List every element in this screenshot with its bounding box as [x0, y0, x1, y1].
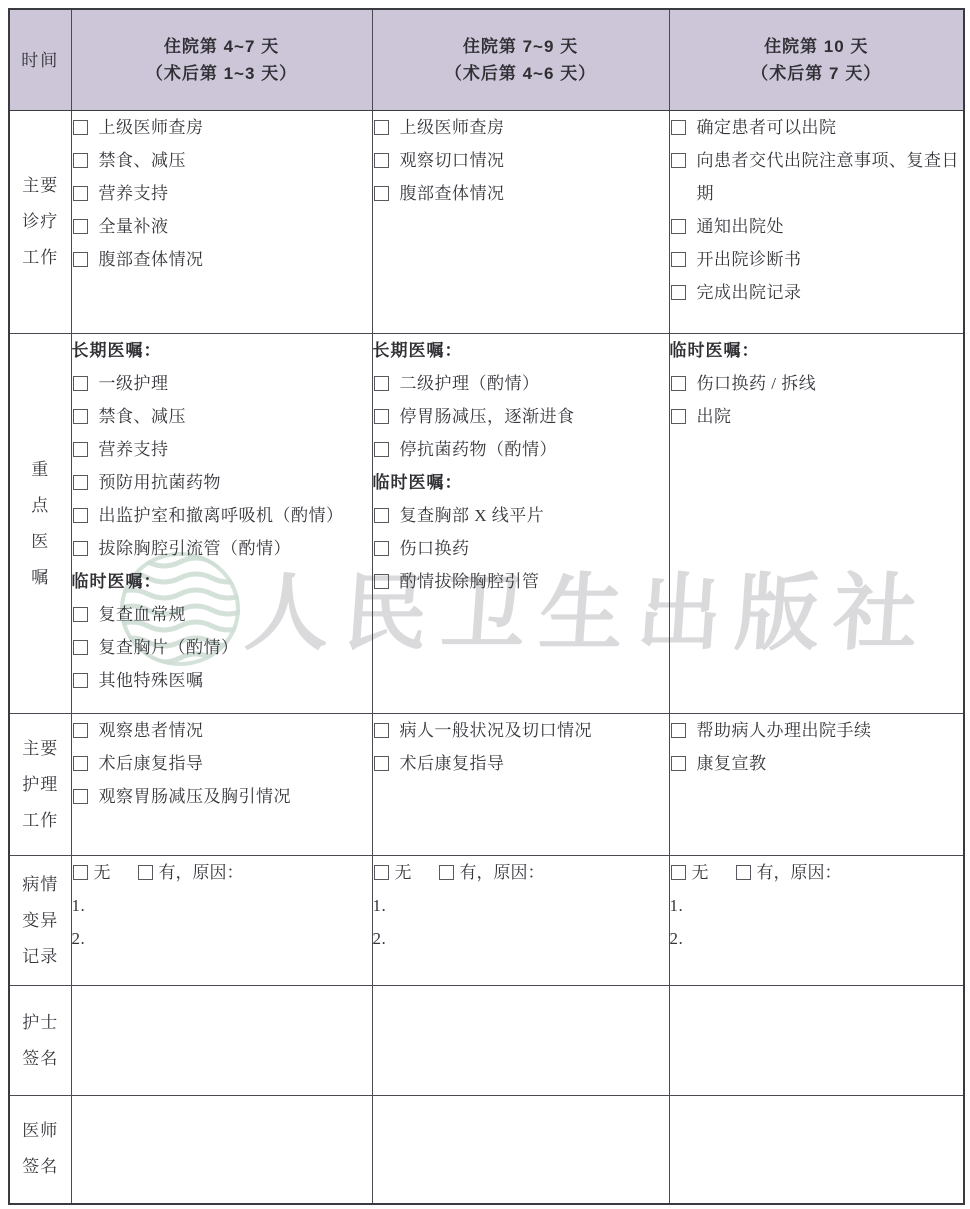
- checklist-item-text: 拔除胸腔引流管（酌情）: [99, 532, 372, 565]
- checklist-item: 营养支持: [72, 177, 372, 210]
- checkbox-icon: [73, 508, 88, 523]
- checkbox-icon: [73, 723, 88, 738]
- row-label-line: 工作: [10, 803, 71, 839]
- checkbox-icon: [671, 756, 686, 771]
- checklist-item: 康复宣教: [670, 747, 964, 780]
- checklist-item-text: 复查胸片（酌情）: [99, 631, 372, 664]
- row-label-line: 主要: [10, 168, 71, 204]
- variation-option: 无: [373, 856, 412, 889]
- numbered-blank-line: 2.: [373, 922, 669, 955]
- checkbox-icon: [374, 409, 389, 424]
- checklist-item-text: 上级医师查房: [400, 111, 669, 144]
- checkbox-icon: [374, 574, 389, 589]
- checklist-item: 观察患者情况: [72, 714, 372, 747]
- checkbox-icon: [736, 865, 751, 880]
- checklist-item-text: 完成出院记录: [697, 276, 964, 309]
- checklist-item: 腹部查体情况: [72, 243, 372, 276]
- checkbox-icon: [73, 541, 88, 556]
- cell-key-orders-day2: 长期医嘱：二级护理（酌情）停胃肠减压，逐渐进食停抗菌药物（酌情）临时医嘱：复查胸…: [372, 334, 669, 714]
- checklist-item-text: 禁食、减压: [99, 400, 372, 433]
- table-body: 主要诊疗工作上级医师查房禁食、减压营养支持全量补液腹部查体情况上级医师查房观察切…: [9, 111, 964, 1204]
- table-row-nurse-sign: 护士签名: [9, 986, 964, 1096]
- checkbox-icon: [73, 219, 88, 234]
- numbered-blank-line: 2.: [72, 922, 372, 955]
- checklist-item: 腹部查体情况: [373, 177, 669, 210]
- variation-option-text: 有，原因：: [159, 856, 244, 889]
- checkbox-icon: [374, 865, 389, 880]
- checklist-item-text: 酌情拔除胸腔引管: [400, 565, 669, 598]
- checkbox-icon: [671, 153, 686, 168]
- checklist-item: 伤口换药 / 拆线: [670, 367, 964, 400]
- header-line: （术后第 7 天）: [670, 60, 964, 87]
- table-header: 时间住院第 4~7 天（术后第 1~3 天）住院第 7~9 天（术后第 4~6 …: [9, 9, 964, 111]
- checkbox-icon: [73, 640, 88, 655]
- checkbox-icon: [374, 120, 389, 135]
- checkbox-icon: [374, 756, 389, 771]
- checkbox-icon: [138, 865, 153, 880]
- row-label-line: 诊疗: [10, 204, 71, 240]
- row-label-line: 签名: [10, 1041, 71, 1077]
- checklist-item: 复查胸部 X 线平片: [373, 499, 669, 532]
- checkbox-icon: [73, 789, 88, 804]
- checklist-item: 向患者交代出院注意事项、复查日期: [670, 144, 964, 210]
- checklist-item-text: 一级护理: [99, 367, 372, 400]
- row-label-nursing: 主要护理工作: [9, 714, 71, 856]
- table-row-key-orders: 重点医嘱长期医嘱：一级护理禁食、减压营养支持预防用抗菌药物出监护室和撤离呼吸机（…: [9, 334, 964, 714]
- checklist-item: 术后康复指导: [72, 747, 372, 780]
- checklist-item: 确定患者可以出院: [670, 111, 964, 144]
- checklist-item: 其他特殊医嘱: [72, 664, 372, 697]
- checklist-item-text: 康复宣教: [697, 747, 964, 780]
- cell-nurse-sign-day2: [372, 986, 669, 1096]
- cell-key-orders-day3: 临时医嘱：伤口换药 / 拆线出院: [669, 334, 964, 714]
- checklist-item-text: 观察切口情况: [400, 144, 669, 177]
- row-label-doctor-sign: 医师签名: [9, 1096, 71, 1204]
- checklist-item: 完成出院记录: [670, 276, 964, 309]
- variation-option: 有，原因：: [137, 856, 244, 889]
- checkbox-icon: [73, 756, 88, 771]
- variation-option-text: 无: [692, 856, 709, 889]
- table-row-main-care: 主要诊疗工作上级医师查房禁食、减压营养支持全量补液腹部查体情况上级医师查房观察切…: [9, 111, 964, 334]
- row-label-line: 嘱: [10, 560, 71, 596]
- checklist-item-text: 出院: [697, 400, 964, 433]
- row-label-line: 重: [10, 452, 71, 488]
- checklist-item: 上级医师查房: [72, 111, 372, 144]
- checklist-item-text: 腹部查体情况: [99, 243, 372, 276]
- row-label-line: 工作: [10, 240, 71, 276]
- checklist-item: 二级护理（酌情）: [373, 367, 669, 400]
- table-row-doctor-sign: 医师签名: [9, 1096, 964, 1204]
- numbered-blank-line: 1.: [72, 889, 372, 922]
- checkbox-icon: [73, 409, 88, 424]
- checklist-item-text: 帮助病人办理出院手续: [697, 714, 964, 747]
- checklist-item: 酌情拔除胸腔引管: [373, 565, 669, 598]
- checkbox-icon: [73, 865, 88, 880]
- checklist-item-text: 营养支持: [99, 177, 372, 210]
- checklist-item: 开出院诊断书: [670, 243, 964, 276]
- variation-option-text: 无: [395, 856, 412, 889]
- checkbox-icon: [671, 376, 686, 391]
- checkbox-icon: [374, 186, 389, 201]
- checkbox-icon: [671, 120, 686, 135]
- row-label-line: 签名: [10, 1149, 71, 1185]
- order-group-heading: 临时医嘱：: [72, 565, 372, 598]
- checklist-item-text: 全量补液: [99, 210, 372, 243]
- checklist-item: 观察胃肠减压及胸引情况: [72, 780, 372, 813]
- checkbox-icon: [671, 723, 686, 738]
- checkbox-icon: [671, 285, 686, 300]
- checklist-item-text: 术后康复指导: [99, 747, 372, 780]
- row-label-line: 护理: [10, 767, 71, 803]
- cell-main-care-day2: 上级医师查房观察切口情况腹部查体情况: [372, 111, 669, 334]
- checklist-item-text: 伤口换药: [400, 532, 669, 565]
- row-label-line: 医: [10, 524, 71, 560]
- checklist-item-text: 二级护理（酌情）: [400, 367, 669, 400]
- checklist-item: 拔除胸腔引流管（酌情）: [72, 532, 372, 565]
- row-label-line: 记录: [10, 939, 71, 975]
- header-line: 住院第 7~9 天: [373, 33, 669, 60]
- table-row-variation: 病情变异记录无有，原因：1.2.无有，原因：1.2.无有，原因：1.2.: [9, 856, 964, 986]
- variation-option: 有，原因：: [735, 856, 842, 889]
- cell-nursing-day3: 帮助病人办理出院手续康复宣教: [669, 714, 964, 856]
- order-group-heading: 临时医嘱：: [373, 466, 669, 499]
- variation-option-text: 有，原因：: [757, 856, 842, 889]
- checklist-item-text: 开出院诊断书: [697, 243, 964, 276]
- checkbox-icon: [73, 252, 88, 267]
- row-label-line: 护士: [10, 1005, 71, 1041]
- header-line: 住院第 10 天: [670, 33, 964, 60]
- checklist-item-text: 观察患者情况: [99, 714, 372, 747]
- checkbox-icon: [374, 541, 389, 556]
- checklist-item: 预防用抗菌药物: [72, 466, 372, 499]
- cell-nurse-sign-day1: [71, 986, 372, 1096]
- checklist-item-text: 确定患者可以出院: [697, 111, 964, 144]
- checkbox-icon: [73, 475, 88, 490]
- checkbox-icon: [671, 219, 686, 234]
- header-line: （术后第 1~3 天）: [72, 60, 372, 87]
- cell-nurse-sign-day3: [669, 986, 964, 1096]
- checkbox-icon: [374, 442, 389, 457]
- checkbox-icon: [73, 607, 88, 622]
- variation-option: 无: [72, 856, 111, 889]
- header-cell-day-1: 住院第 4~7 天（术后第 1~3 天）: [71, 9, 372, 111]
- variation-option-text: 无: [94, 856, 111, 889]
- checklist-item: 禁食、减压: [72, 144, 372, 177]
- clinical-pathway-document-page: 人民卫生出版社 时间住院第 4~7 天（术后第 1~3 天）住院第 7~9 天（…: [0, 0, 970, 1209]
- row-label-line: 主要: [10, 731, 71, 767]
- checklist-item-text: 其他特殊医嘱: [99, 664, 372, 697]
- checklist-item: 病人一般状况及切口情况: [373, 714, 669, 747]
- checkbox-icon: [374, 508, 389, 523]
- checklist-item-text: 出监护室和撤离呼吸机（酌情）: [99, 499, 372, 532]
- variation-option-text: 有，原因：: [460, 856, 545, 889]
- checklist-item-text: 预防用抗菌药物: [99, 466, 372, 499]
- checklist-item: 伤口换药: [373, 532, 669, 565]
- checkbox-icon: [671, 252, 686, 267]
- checkbox-icon: [73, 153, 88, 168]
- checklist-item-text: 病人一般状况及切口情况: [400, 714, 669, 747]
- checklist-item-text: 停抗菌药物（酌情）: [400, 433, 669, 466]
- table-row-nursing: 主要护理工作观察患者情况术后康复指导观察胃肠减压及胸引情况病人一般状况及切口情况…: [9, 714, 964, 856]
- row-label-line: 医师: [10, 1113, 71, 1149]
- cell-nursing-day2: 病人一般状况及切口情况术后康复指导: [372, 714, 669, 856]
- cell-variation-day3: 无有，原因：1.2.: [669, 856, 964, 986]
- numbered-blank-line: 2.: [670, 922, 964, 955]
- cell-doctor-sign-day1: [71, 1096, 372, 1204]
- checklist-item: 帮助病人办理出院手续: [670, 714, 964, 747]
- checkbox-icon: [374, 723, 389, 738]
- checklist-item-text: 向患者交代出院注意事项、复查日期: [697, 144, 964, 210]
- clinical-pathway-table: 时间住院第 4~7 天（术后第 1~3 天）住院第 7~9 天（术后第 4~6 …: [8, 8, 965, 1205]
- variation-options: 无有，原因：: [670, 856, 964, 889]
- checklist-item-text: 停胃肠减压，逐渐进食: [400, 400, 669, 433]
- checklist-item: 停抗菌药物（酌情）: [373, 433, 669, 466]
- checklist-item: 一级护理: [72, 367, 372, 400]
- checkbox-icon: [439, 865, 454, 880]
- checklist-item-text: 观察胃肠减压及胸引情况: [99, 780, 372, 813]
- cell-doctor-sign-day2: [372, 1096, 669, 1204]
- checklist-item-text: 营养支持: [99, 433, 372, 466]
- row-label-line: 点: [10, 488, 71, 524]
- checkbox-icon: [73, 376, 88, 391]
- cell-key-orders-day1: 长期医嘱：一级护理禁食、减压营养支持预防用抗菌药物出监护室和撤离呼吸机（酌情）拔…: [71, 334, 372, 714]
- checkbox-icon: [73, 673, 88, 688]
- row-label-line: 病情: [10, 867, 71, 903]
- checkbox-icon: [73, 120, 88, 135]
- numbered-blank-line: 1.: [670, 889, 964, 922]
- variation-option: 无: [670, 856, 709, 889]
- header-line: 时间: [10, 47, 71, 74]
- cell-nursing-day1: 观察患者情况术后康复指导观察胃肠减压及胸引情况: [71, 714, 372, 856]
- header-line: 住院第 4~7 天: [72, 33, 372, 60]
- cell-main-care-day3: 确定患者可以出院向患者交代出院注意事项、复查日期通知出院处开出院诊断书完成出院记…: [669, 111, 964, 334]
- checklist-item: 出监护室和撤离呼吸机（酌情）: [72, 499, 372, 532]
- numbered-blank-line: 1.: [373, 889, 669, 922]
- row-label-main-care: 主要诊疗工作: [9, 111, 71, 334]
- row-label-key-orders: 重点医嘱: [9, 334, 71, 714]
- checkbox-icon: [374, 153, 389, 168]
- variation-options: 无有，原因：: [72, 856, 372, 889]
- checklist-item-text: 术后康复指导: [400, 747, 669, 780]
- checklist-item-text: 腹部查体情况: [400, 177, 669, 210]
- checkbox-icon: [671, 865, 686, 880]
- row-label-nurse-sign: 护士签名: [9, 986, 71, 1096]
- cell-variation-day2: 无有，原因：1.2.: [372, 856, 669, 986]
- checkbox-icon: [671, 409, 686, 424]
- checkbox-icon: [73, 186, 88, 201]
- checklist-item-text: 伤口换药 / 拆线: [697, 367, 964, 400]
- header-line: （术后第 4~6 天）: [373, 60, 669, 87]
- checklist-item: 通知出院处: [670, 210, 964, 243]
- order-group-heading: 临时医嘱：: [670, 334, 964, 367]
- variation-option: 有，原因：: [438, 856, 545, 889]
- checkbox-icon: [73, 442, 88, 457]
- checklist-item: 上级医师查房: [373, 111, 669, 144]
- cell-main-care-day1: 上级医师查房禁食、减压营养支持全量补液腹部查体情况: [71, 111, 372, 334]
- checklist-item-text: 复查胸部 X 线平片: [400, 499, 669, 532]
- header-cell-day-3: 住院第 10 天（术后第 7 天）: [669, 9, 964, 111]
- header-cell-day-2: 住院第 7~9 天（术后第 4~6 天）: [372, 9, 669, 111]
- header-row: 时间住院第 4~7 天（术后第 1~3 天）住院第 7~9 天（术后第 4~6 …: [9, 9, 964, 111]
- checklist-item: 营养支持: [72, 433, 372, 466]
- checklist-item: 停胃肠减压，逐渐进食: [373, 400, 669, 433]
- checkbox-icon: [374, 376, 389, 391]
- order-group-heading: 长期医嘱：: [72, 334, 372, 367]
- header-cell-time: 时间: [9, 9, 71, 111]
- cell-variation-day1: 无有，原因：1.2.: [71, 856, 372, 986]
- checklist-item: 术后康复指导: [373, 747, 669, 780]
- row-label-line: 变异: [10, 903, 71, 939]
- checklist-item: 全量补液: [72, 210, 372, 243]
- checklist-item-text: 禁食、减压: [99, 144, 372, 177]
- checklist-item-text: 通知出院处: [697, 210, 964, 243]
- checklist-item: 观察切口情况: [373, 144, 669, 177]
- checklist-item-text: 上级医师查房: [99, 111, 372, 144]
- checklist-item: 复查血常规: [72, 598, 372, 631]
- checklist-item: 出院: [670, 400, 964, 433]
- checklist-item-text: 复查血常规: [99, 598, 372, 631]
- checklist-item: 复查胸片（酌情）: [72, 631, 372, 664]
- variation-options: 无有，原因：: [373, 856, 669, 889]
- order-group-heading: 长期医嘱：: [373, 334, 669, 367]
- checklist-item: 禁食、减压: [72, 400, 372, 433]
- cell-doctor-sign-day3: [669, 1096, 964, 1204]
- row-label-variation: 病情变异记录: [9, 856, 71, 986]
